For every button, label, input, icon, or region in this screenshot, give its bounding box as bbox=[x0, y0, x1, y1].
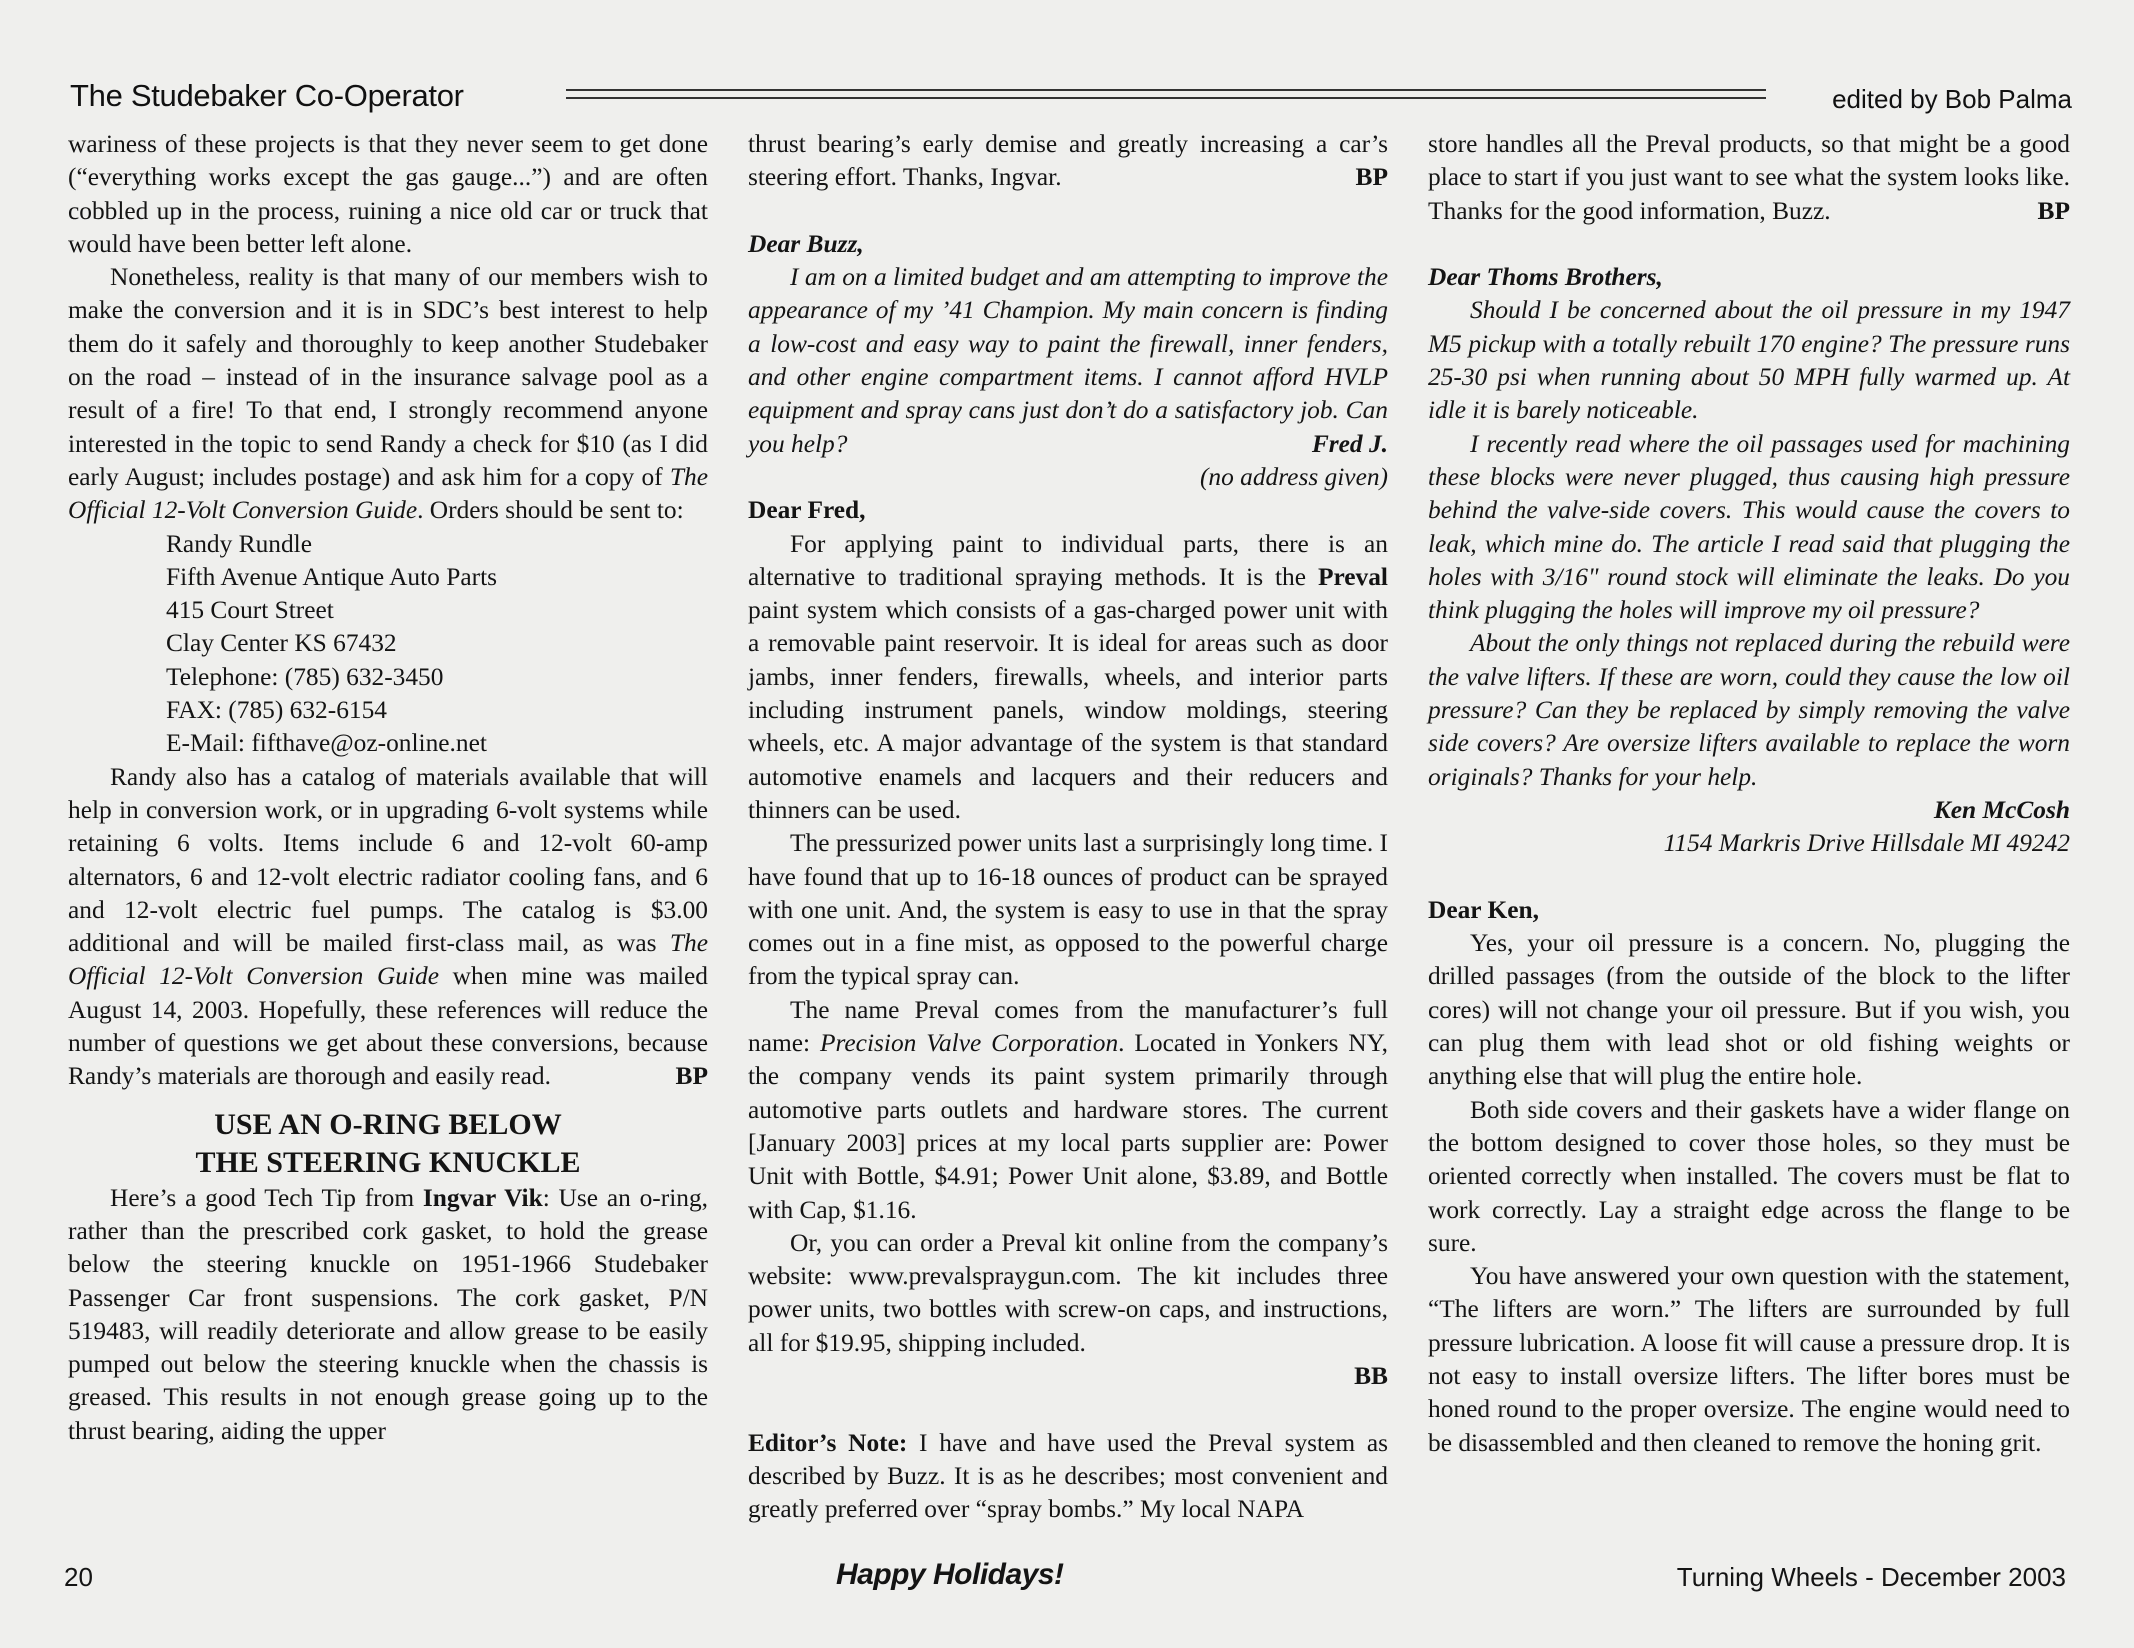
paragraph: The name Preval comes from the manufactu… bbox=[748, 994, 1388, 1227]
contributor-name: Ingvar Vik bbox=[423, 1184, 543, 1212]
paragraph: Both side covers and their gaskets have … bbox=[1428, 1094, 2070, 1260]
letter-body: I recently read where the oil passages u… bbox=[1428, 428, 2070, 628]
address-company: Fifth Avenue Antique Auto Parts bbox=[166, 561, 708, 594]
holiday-greeting: Happy Holidays! bbox=[836, 1558, 1064, 1592]
paragraph: store handles all the Preval products, s… bbox=[1428, 128, 2070, 228]
reply-salutation: Dear Ken, bbox=[1428, 894, 2070, 927]
page-footer: 20 Happy Holidays! Turning Wheels - Dece… bbox=[0, 1550, 2134, 1610]
company-name: Precision Valve Corporation bbox=[820, 1029, 1118, 1057]
address-city: Clay Center KS 67432 bbox=[166, 627, 708, 660]
author-initials: BB bbox=[748, 1360, 1388, 1393]
letter-signature: Fred J. bbox=[1270, 428, 1388, 461]
paragraph: thrust bearing’s early demise and greatl… bbox=[748, 128, 1388, 195]
letter-address: 1154 Markris Drive Hillsdale MI 49242 bbox=[1428, 827, 2070, 860]
middle-column: thrust bearing’s early demise and greatl… bbox=[748, 128, 1388, 1526]
address-email: E-Mail: fifthave@oz-online.net bbox=[166, 727, 708, 760]
paragraph: Yes, your oil pressure is a concern. No,… bbox=[1428, 927, 2070, 1093]
author-initials: BP bbox=[2038, 195, 2070, 228]
letter-body: Should I be concerned about the oil pres… bbox=[1428, 294, 2070, 427]
letter-signature: Ken McCosh bbox=[1428, 794, 2070, 827]
letter-salutation: Dear Buzz, bbox=[748, 228, 1388, 261]
paragraph: Randy also has a catalog of materials av… bbox=[68, 761, 708, 1094]
author-initials: BP bbox=[634, 1060, 708, 1093]
editor-note: Editor’s Note: I have and have used the … bbox=[748, 1427, 1388, 1527]
letter-body: I am on a limited budget and am attempti… bbox=[748, 261, 1388, 461]
address-name: Randy Rundle bbox=[166, 528, 708, 561]
address-telephone: Telephone: (785) 632-3450 bbox=[166, 661, 708, 694]
author-initials: BP bbox=[1356, 161, 1388, 194]
paragraph: You have answered your own question with… bbox=[1428, 1260, 2070, 1460]
page-number: 20 bbox=[64, 1562, 93, 1593]
letter-salutation: Dear Thoms Brothers, bbox=[1428, 261, 2070, 294]
publication-issue: Turning Wheels - December 2003 bbox=[1677, 1562, 2066, 1593]
column-title: The Studebaker Co-Operator bbox=[70, 78, 464, 114]
paragraph: Nonetheless, reality is that many of our… bbox=[68, 261, 708, 527]
editor-note-label: Editor’s Note: bbox=[748, 1429, 907, 1457]
address-street: 415 Court Street bbox=[166, 594, 708, 627]
right-column: store handles all the Preval products, s… bbox=[1428, 128, 2070, 1460]
page-header: The Studebaker Co-Operator edited by Bob… bbox=[0, 0, 2134, 120]
paragraph: For applying paint to individual parts, … bbox=[748, 528, 1388, 828]
paragraph: The pressurized power units last a surpr… bbox=[748, 827, 1388, 993]
letter-body: About the only things not replaced durin… bbox=[1428, 627, 2070, 793]
rule-line bbox=[566, 97, 1766, 99]
editor-credit: edited by Bob Palma bbox=[1832, 84, 2072, 115]
rule-line bbox=[566, 89, 1766, 91]
letter-address: (no address given) bbox=[748, 461, 1388, 494]
address-fax: FAX: (785) 632-6154 bbox=[166, 694, 708, 727]
left-column: wariness of these projects is that they … bbox=[68, 128, 708, 1448]
brand-name: Preval bbox=[1318, 563, 1388, 591]
reply-salutation: Dear Fred, bbox=[748, 494, 1388, 527]
paragraph: Or, you can order a Preval kit online fr… bbox=[748, 1227, 1388, 1360]
paragraph: Here’s a good Tech Tip from Ingvar Vik: … bbox=[68, 1182, 708, 1448]
header-double-rule bbox=[566, 89, 1766, 99]
paragraph: wariness of these projects is that they … bbox=[68, 128, 708, 261]
mailing-address: Randy Rundle Fifth Avenue Antique Auto P… bbox=[68, 528, 708, 761]
section-heading: USE AN O-RING BELOW THE STEERING KNUCKLE bbox=[68, 1106, 708, 1182]
